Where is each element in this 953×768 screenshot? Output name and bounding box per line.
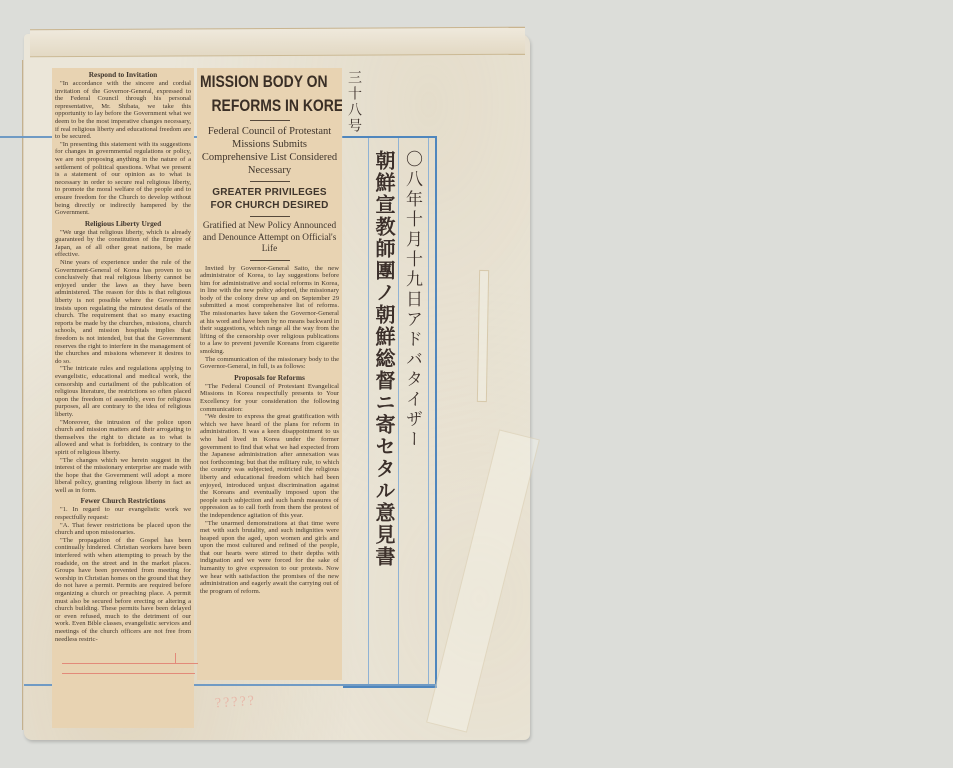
paragraph: Nine years of experience under the rule …	[55, 259, 191, 365]
divider	[250, 216, 290, 217]
deck-subheadline-2: Gratified at New Policy Announced and De…	[200, 221, 339, 256]
paragraph: The communication of the missionary body…	[200, 356, 339, 371]
faded-red-stamp: ?????	[214, 694, 256, 713]
red-pencil-underline	[62, 673, 195, 674]
paragraph: Invited by Governor-General Saito, the n…	[200, 265, 339, 356]
divider	[250, 181, 290, 182]
headline-line-2: REFORMS IN KOREA	[200, 96, 314, 116]
paragraph: "The propagation of the Gospel has been …	[55, 537, 191, 643]
paragraph: "The unarmed demonstrations at that time…	[200, 520, 339, 596]
paragraph: "Moreover, the intrusion of the police u…	[55, 419, 191, 457]
red-pencil-underline	[62, 663, 195, 664]
paragraph: "We desire to express the great gratific…	[200, 413, 339, 519]
deck-caps-line-2: FOR CHURCH DESIRED	[200, 199, 339, 212]
paragraph: "The changes which we herein suggest in …	[55, 457, 191, 495]
section-heading: Respond to Invitation	[55, 70, 191, 79]
section-heading: Fewer Church Restrictions	[55, 496, 191, 505]
newspaper-clipping-left: Respond to Invitation "In accordance wit…	[52, 68, 194, 728]
paragraph: "1. In regard to our evangelistic work w…	[55, 506, 191, 521]
section-heading: Proposals for Reforms	[200, 373, 339, 382]
paragraph: "We urge that religious liberty, which i…	[55, 229, 191, 259]
column-rule	[368, 138, 369, 684]
newspaper-clipping-right: MISSION BODY ON REFORMS IN KOREA Federal…	[197, 68, 342, 680]
deck-caps-line-1: GREATER PRIVILEGES	[200, 186, 339, 199]
headline-line-1: MISSION BODY ON	[200, 72, 314, 92]
paragraph: "In accordance with the sincere and cord…	[55, 80, 191, 141]
paragraph: "The intricate rules and regulations app…	[55, 365, 191, 418]
handwritten-item-number: 三十八号	[344, 70, 364, 134]
divider	[250, 120, 290, 121]
handwritten-date-source: 〇八年十月十九日アドバタイザー	[400, 150, 425, 450]
divider	[250, 260, 290, 261]
paragraph: "A. That fewer restrictions be placed up…	[55, 522, 191, 537]
paragraph: "In presenting this statement with its s…	[55, 141, 191, 217]
column-rule	[428, 138, 429, 684]
section-heading: Religious Liberty Urged	[55, 219, 191, 228]
handwritten-title: 朝鮮宣教師團ノ朝鮮総督ニ寄セタル意見書	[370, 150, 399, 568]
paragraph: "The Federal Council of Protestant Evang…	[200, 383, 339, 413]
folded-top-edge	[30, 27, 525, 58]
deck-subheadline: Federal Council of Protestant Missions S…	[200, 125, 339, 177]
